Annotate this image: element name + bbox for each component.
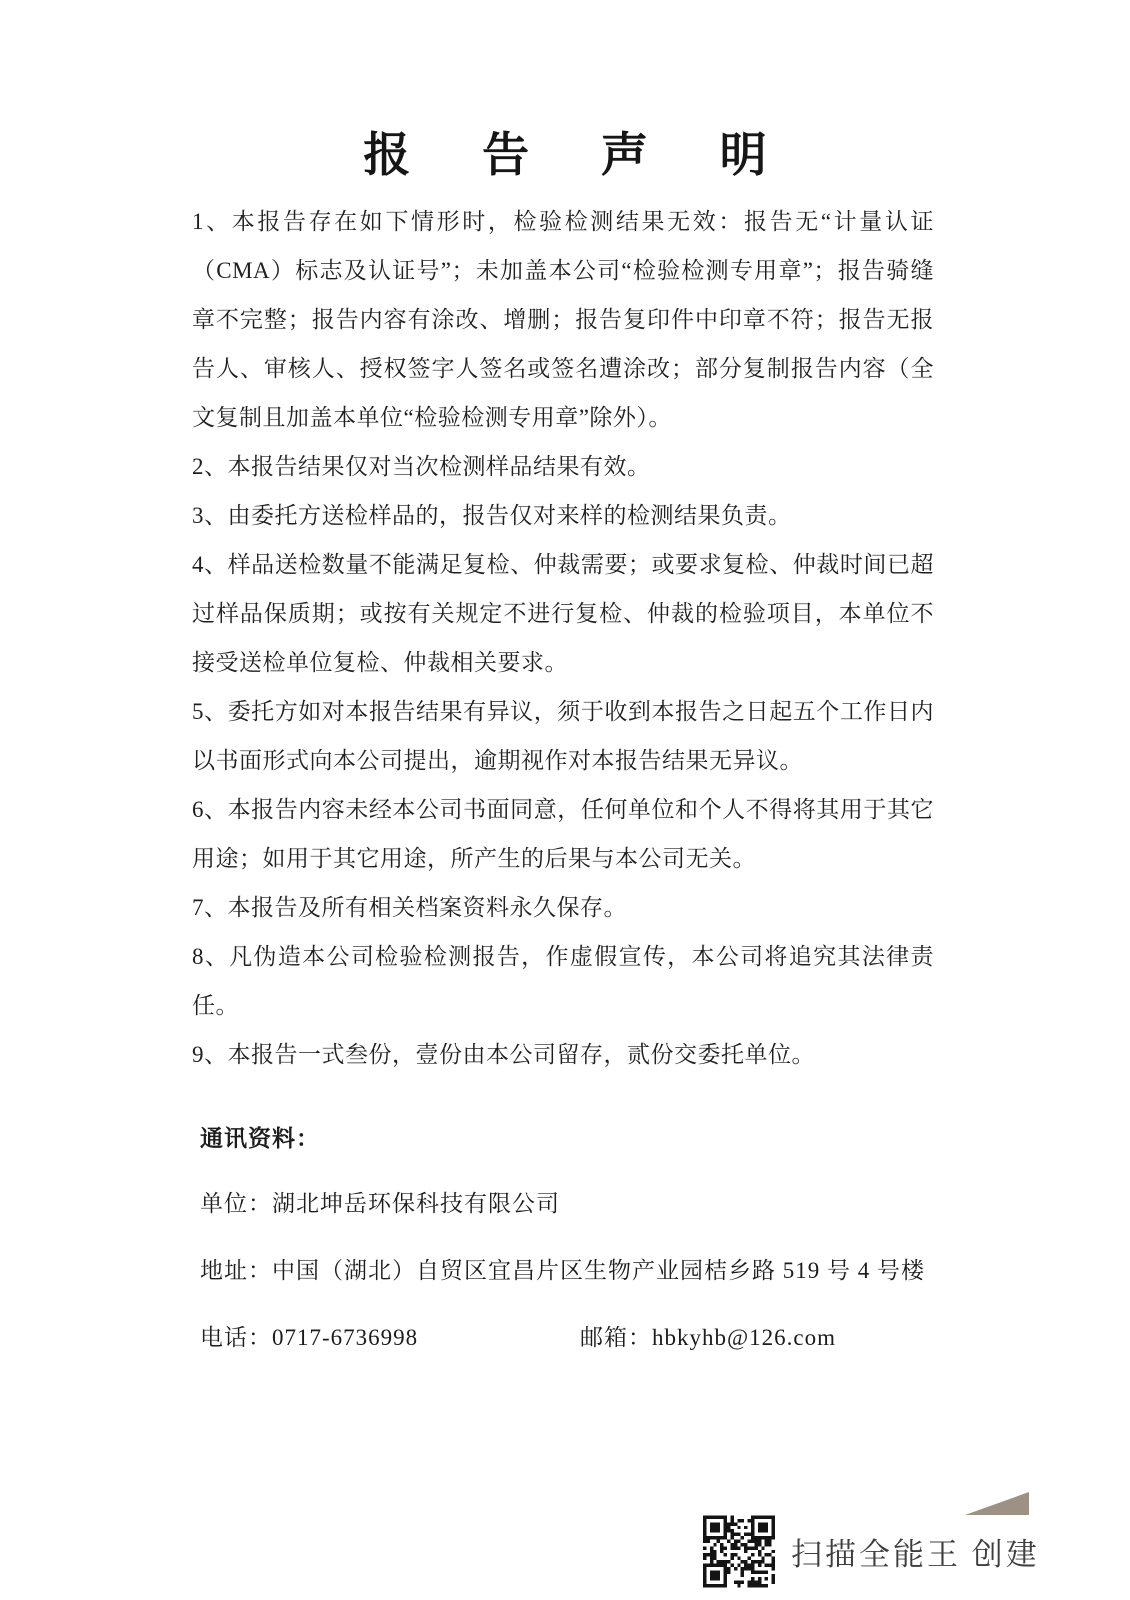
contact-address-row: 地址：中国（湖北）自贸区宜昌片区生物产业园桔乡路 519 号 4 号楼 (200, 1252, 942, 1285)
statement-item-2: 2、本报告结果仅对当次检测样品结果有效。 (192, 442, 934, 491)
statement-item-5: 5、委托方如对本报告结果有异议，须于收到本报告之日起五个工作日内以书面形式向本公… (192, 687, 934, 785)
statement-item-3: 3、由委托方送检样品的，报告仅对来样的检测结果负责。 (192, 491, 934, 540)
statement-item-4: 4、样品送检数量不能满足复检、仲裁需要；或要求复检、仲裁时间已超过样品保质期；或… (192, 540, 934, 687)
email-value: hbkyhb@126.com (652, 1325, 836, 1350)
unit-label: 单位： (200, 1191, 272, 1216)
statement-item-6: 6、本报告内容未经本公司书面同意，任何单位和个人不得将其用于其它用途；如用于其它… (192, 785, 934, 883)
phone-cell: 电话：0717-6736998 (200, 1319, 580, 1352)
contact-phone-email-row: 电话：0717-6736998 邮箱：hbkyhb@126.com (200, 1319, 942, 1352)
phone-label: 电话： (200, 1325, 272, 1350)
statement-item-8: 8、凡伪造本公司检验检测报告，作虚假宣传，本公司将追究其法律责任。 (192, 932, 934, 1030)
statement-item-9: 9、本报告一式叁份，壹份由本公司留存，贰份交委托单位。 (192, 1030, 934, 1079)
email-cell: 邮箱：hbkyhb@126.com (580, 1319, 836, 1352)
scanner-watermark: 扫描全能王 创建 (703, 1515, 1040, 1588)
statement-item-1: 1、本报告存在如下情形时，检验检测结果无效：报告无“计量认证（CMA）标志及认证… (192, 197, 934, 442)
statement-item-7: 7、本报告及所有相关档案资料永久保存。 (192, 883, 934, 932)
unit-value: 湖北坤岳环保科技有限公司 (272, 1191, 560, 1216)
phone-value: 0717-6736998 (272, 1325, 418, 1350)
contact-heading: 通讯资料： (200, 1120, 942, 1153)
page-corner-artifact (965, 1492, 1029, 1515)
document-page: 报 告 声 明 1、本报告存在如下情形时，检验检测结果无效：报告无“计量认证（C… (0, 0, 1130, 1600)
statement-list: 1、本报告存在如下情形时，检验检测结果无效：报告无“计量认证（CMA）标志及认证… (192, 197, 934, 1079)
page-title: 报 告 声 明 (0, 118, 1130, 185)
contact-unit-row: 单位：湖北坤岳环保科技有限公司 (200, 1185, 942, 1218)
address-label: 地址： (200, 1258, 272, 1283)
email-label: 邮箱： (580, 1325, 652, 1350)
address-value: 中国（湖北）自贸区宜昌片区生物产业园桔乡路 519 号 4 号楼 (272, 1258, 925, 1283)
watermark-text: 扫描全能王 创建 (791, 1529, 1040, 1574)
contact-info-block: 通讯资料： 单位：湖北坤岳环保科技有限公司 地址：中国（湖北）自贸区宜昌片区生物… (200, 1120, 942, 1386)
qr-code-icon (703, 1515, 775, 1588)
